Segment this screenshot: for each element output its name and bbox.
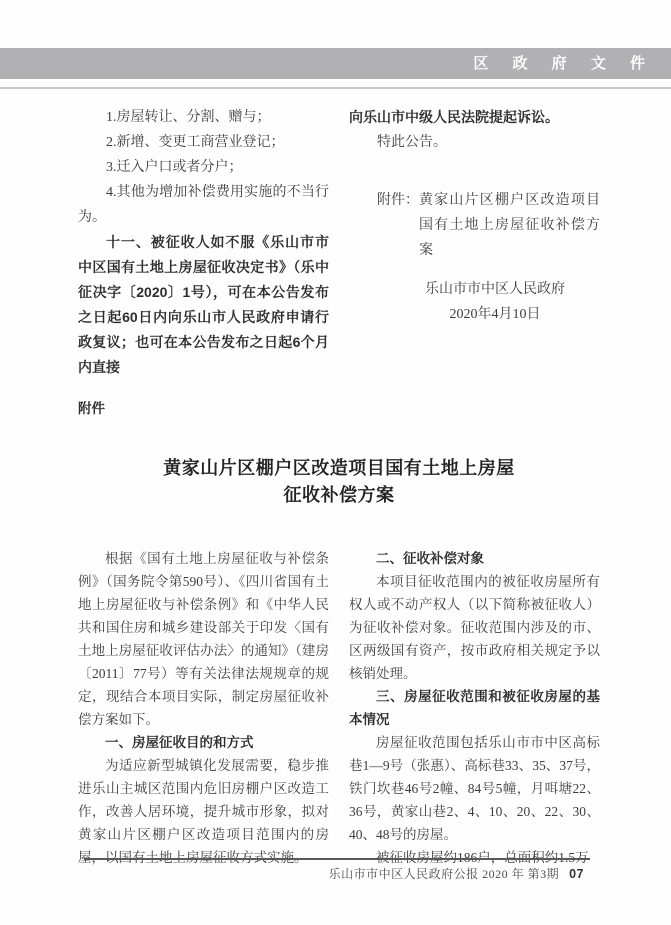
footer-text: 乐山市市中区人民政府公报 2020 年 第3期07 — [84, 865, 590, 882]
gazette-page: 区 政 府 文 件 1.房屋转让、分割、赠与； 2.新增、变更工商营业登记； 3… — [0, 0, 671, 925]
attachment-marker: 附件 — [78, 396, 600, 421]
document-title-line2: 征收补偿方案 — [78, 482, 600, 509]
section-paragraph-three-a: 房屋征收范围包括乐山市市中区高标巷1—9号（张惠）、高标巷33、35、37号，铁… — [349, 731, 600, 846]
section-paragraph-one: 为适应新型城镇化发展需要，稳步推进乐山主城区范围内危旧房棚户区改造工作，改善人居… — [78, 754, 329, 869]
intro-paragraph: 根据《国有土地上房屋征收与补偿条例》（国务院令第590号）、《四川省国有土地上房… — [78, 547, 329, 731]
list-item: 2.新增、变更工商营业登记； — [78, 130, 329, 155]
plan-right-column: 二、征收补偿对象 本项目征收范围内的被征收房屋所有权人或不动产权人（以下简称被征… — [349, 547, 600, 869]
issuer-name: 乐山市市中区人民政府 — [425, 277, 565, 302]
section-heading-three: 三、房屋征收范围和被征收房屋的基本情况 — [349, 685, 600, 731]
document-title-line1: 黄家山片区棚户区改造项目国有土地上房屋 — [78, 455, 600, 482]
banner-title: 区 政 府 文 件 — [473, 55, 655, 72]
document-type-banner: 区 政 府 文 件 — [0, 48, 671, 79]
signature-block: 乐山市市中区人民政府 2020年4月10日 — [425, 277, 565, 327]
attachment-reference-label: 附件： — [349, 188, 419, 263]
document-title: 黄家山片区棚户区改造项目国有土地上房屋 征收补偿方案 — [78, 455, 600, 509]
upper-section: 1.房屋转让、分割、赠与； 2.新增、变更工商营业登记； 3.迁入户口或者分户；… — [78, 105, 600, 380]
list-item: 3.迁入户口或者分户； — [78, 155, 329, 180]
upper-right-column: 向乐山市中级人民法院提起诉讼。 特此公告。 附件： 黄家山片区棚户区改造项目国有… — [349, 105, 600, 380]
section-paragraph-two: 本项目征收范围内的被征收房屋所有权人或不动产权人（以下简称被征收人）为征收补偿对… — [349, 570, 600, 685]
list-item: 4.其他为增加补偿费用实施的不当行为。 — [78, 180, 329, 230]
page-footer: 乐山市市中区人民政府公报 2020 年 第3期07 — [84, 858, 590, 882]
plan-section: 根据《国有土地上房屋征收与补偿条例》（国务院令第590号）、《四川省国有土地上房… — [78, 547, 600, 869]
page-number: 07 — [569, 867, 584, 881]
banner-divider — [0, 87, 671, 89]
gazette-title: 乐山市市中区人民政府公报 2020 年 第3期 — [329, 867, 560, 881]
upper-left-column: 1.房屋转让、分割、赠与； 2.新增、变更工商营业登记； 3.迁入户口或者分户；… — [78, 105, 329, 380]
section-heading-one: 一、房屋征收目的和方式 — [78, 731, 329, 754]
list-item: 1.房屋转让、分割、赠与； — [78, 105, 329, 130]
attachment-reference-text: 黄家山片区棚户区改造项目国有土地上房屋征收补偿方案 — [419, 188, 600, 263]
paragraph-eleven-continued: 向乐山市中级人民法院提起诉讼。 — [349, 105, 600, 130]
closing-line: 特此公告。 — [349, 130, 600, 155]
issue-date: 2020年4月10日 — [425, 302, 565, 327]
paragraph-eleven: 十一、被征收人如不服《乐山市市中区国有土地上房屋征收决定书》（乐中征决字〔202… — [78, 230, 329, 380]
plan-left-column: 根据《国有土地上房屋征收与补偿条例》（国务院令第590号）、《四川省国有土地上房… — [78, 547, 329, 869]
attachment-reference: 附件： 黄家山片区棚户区改造项目国有土地上房屋征收补偿方案 — [349, 188, 600, 263]
section-heading-two: 二、征收补偿对象 — [349, 547, 600, 570]
page-content: 1.房屋转让、分割、赠与； 2.新增、变更工商营业登记； 3.迁入户口或者分户；… — [78, 105, 600, 869]
